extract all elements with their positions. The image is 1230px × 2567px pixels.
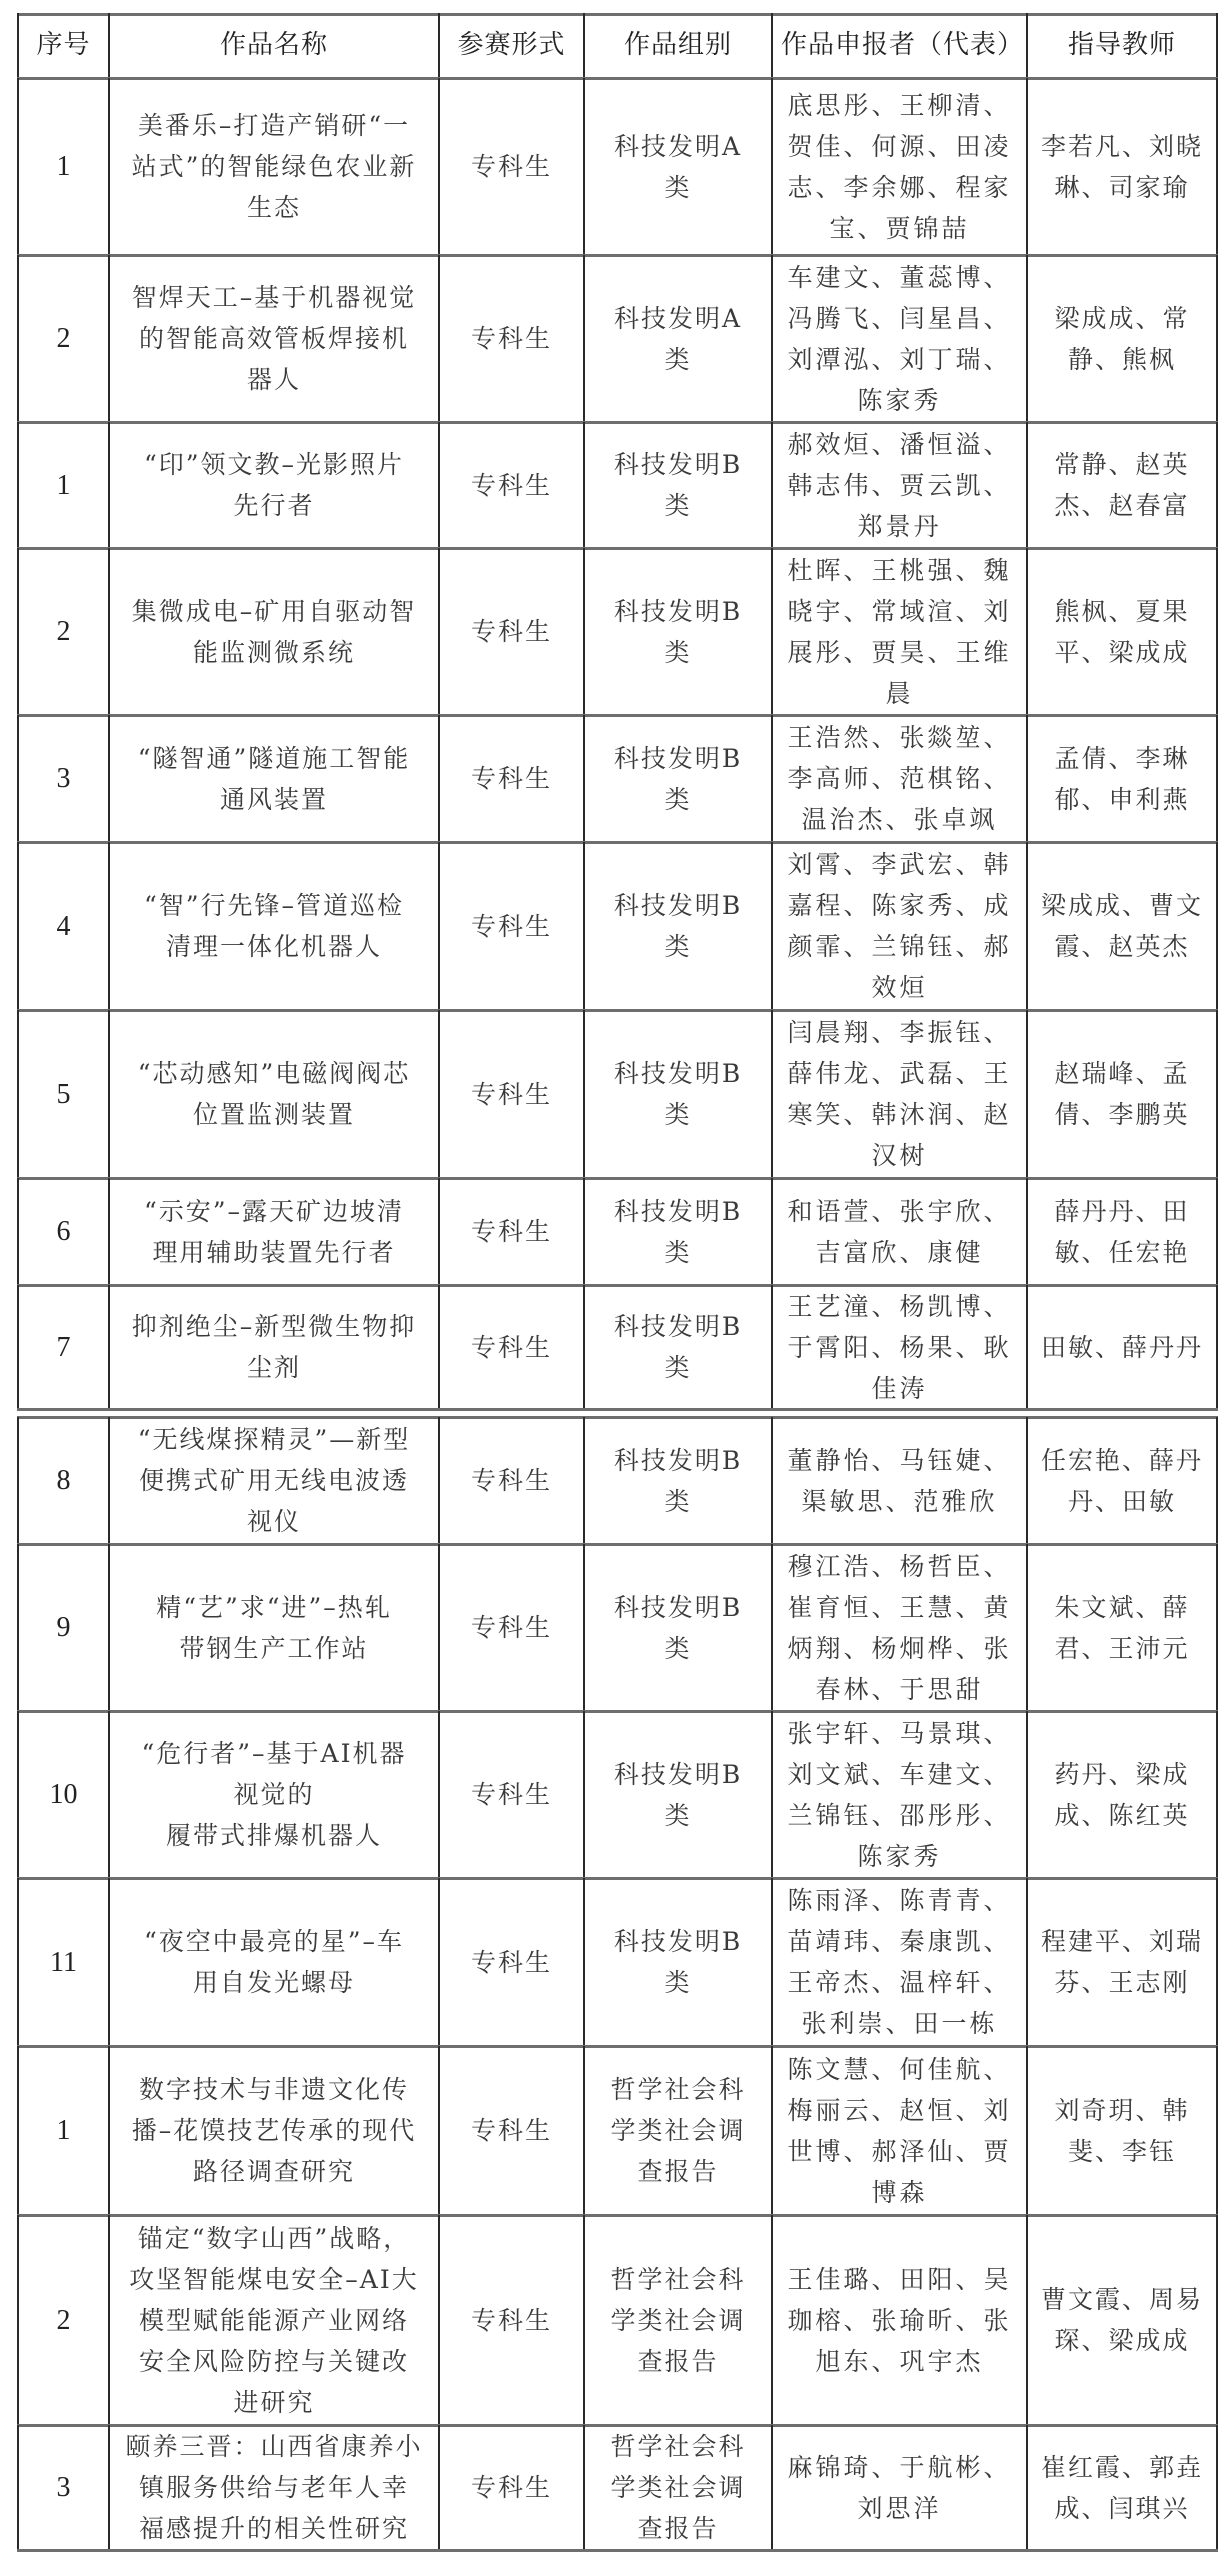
- work-group-cell: 科技发明B 类: [585, 1285, 773, 1409]
- row-index-text: 5: [49, 1074, 79, 1115]
- entry-form-cell: 专科生: [440, 1711, 585, 1878]
- row-index-cell: 2: [17, 548, 110, 715]
- advisors-cell: 李若凡、刘晓 琳、司家瑜: [1028, 78, 1218, 255]
- row-index-cell: 7: [17, 1285, 110, 1409]
- work-title-cell: “无线煤探精灵”—新型 便携式矿用无线电波透 视仪: [110, 1417, 440, 1544]
- header-applicants: 作品申报者（代表）: [773, 13, 1028, 78]
- entry-form-text: 专科生: [463, 2300, 560, 2341]
- work-group-cell: 科技发明B 类: [585, 1711, 773, 1878]
- row-index-text: 6: [49, 1211, 79, 1252]
- row-index-cell: 9: [17, 1544, 110, 1711]
- header-applicants-label: 作品申报者（代表）: [773, 25, 1026, 66]
- work-title-text: 抑剂绝尘–新型微生物抑 尘剂: [124, 1306, 425, 1388]
- advisors-text: 朱文斌、薛 君、王沛元: [1046, 1587, 1197, 1669]
- applicants-cell: 王浩然、张燚堃、 李高师、范棋铭、 温治杰、张卓飒: [773, 715, 1028, 842]
- row-index-cell: 2: [17, 255, 110, 422]
- row-index-text: 1: [49, 2110, 79, 2151]
- work-title-cell: 精“艺”求“进”–热轧 带钢生产工作站: [110, 1544, 440, 1711]
- applicants-text: 张宇轩、马景琪、 刘文斌、车建文、 兰锦钰、邵彤彤、 陈家秀: [779, 1713, 1019, 1877]
- applicants-text: 穆江浩、杨哲臣、 崔育恒、王慧、黄 炳翔、杨炯桦、张 春林、于思甜: [779, 1546, 1019, 1710]
- applicants-cell: 刘霄、李武宏、韩 嘉程、陈家秀、成 颜霏、兰锦钰、郝 效烜: [773, 842, 1028, 1010]
- row-index-cell: 8: [17, 1417, 110, 1544]
- work-group-cell: 科技发明B 类: [585, 548, 773, 715]
- entry-form-cell: 专科生: [440, 2215, 585, 2425]
- advisors-cell: 田敏、薛丹丹: [1028, 1285, 1218, 1409]
- row-index-text: 9: [49, 1607, 79, 1648]
- work-group-cell: 科技发明B 类: [585, 422, 773, 548]
- applicants-text: 车建文、董蕊博、 冯腾飞、闫星昌、 刘潭泓、刘丁瑞、 陈家秀: [779, 257, 1019, 421]
- work-group-text: 科技发明A 类: [606, 126, 750, 208]
- work-group-text: 科技发明A 类: [606, 298, 750, 380]
- advisors-text: 薛丹丹、田 敏、任宏艳: [1046, 1191, 1197, 1273]
- work-group-cell: 科技发明B 类: [585, 1878, 773, 2046]
- entry-form-cell: 专科生: [440, 842, 585, 1010]
- work-title-cell: 集微成电–矿用自驱动智 能监测微系统: [110, 548, 440, 715]
- work-group-cell: 哲学社会科 学类社会调 查报告: [585, 2215, 773, 2425]
- applicants-text: 杜晖、王桃强、魏 晓宇、常域渲、刘 展彤、贾昊、王维 晨: [779, 550, 1019, 714]
- advisors-cell: 梁成成、曹文 霞、赵英杰: [1028, 842, 1218, 1010]
- work-title-cell: 数字技术与非遗文化传 播–花馍技艺传承的现代 路径调查研究: [110, 2046, 440, 2215]
- entry-form-text: 专科生: [463, 611, 560, 652]
- work-group-text: 科技发明B 类: [606, 1754, 750, 1836]
- applicants-text: 陈文慧、何佳航、 梅丽云、赵恒、刘 世博、郝泽仙、贾 博森: [779, 2049, 1019, 2213]
- table-row: 1“印”领文教–光影照片 先行者专科生科技发明B 类郝效烜、潘恒溢、 韩志伟、贾…: [17, 422, 1218, 548]
- entry-form-text: 专科生: [463, 1074, 560, 1115]
- table-row: 4“智”行先锋–管道巡检 清理一体化机器人专科生科技发明B 类刘霄、李武宏、韩 …: [17, 842, 1218, 1010]
- work-title-cell: “印”领文教–光影照片 先行者: [110, 422, 440, 548]
- work-title-text: “示安”–露天矿边坡清 理用辅助装置先行者: [136, 1191, 412, 1273]
- entry-form-cell: 专科生: [440, 548, 585, 715]
- work-group-cell: 科技发明B 类: [585, 1010, 773, 1178]
- entry-form-cell: 专科生: [440, 2425, 585, 2550]
- entry-form-cell: 专科生: [440, 715, 585, 842]
- table-row: 9精“艺”求“进”–热轧 带钢生产工作站专科生科技发明B 类穆江浩、杨哲臣、 崔…: [17, 1544, 1218, 1711]
- applicants-cell: 闫晨翔、李振钰、 薛伟龙、武磊、王 寒笑、韩沐润、赵 汉树: [773, 1010, 1028, 1178]
- work-title-text: “隧智通”隧道施工智能 通风装置: [130, 738, 419, 820]
- table-row: 3“隧智通”隧道施工智能 通风装置专科生科技发明B 类王浩然、张燚堃、 李高师、…: [17, 715, 1218, 842]
- advisors-cell: 薛丹丹、田 敏、任宏艳: [1028, 1178, 1218, 1285]
- advisors-text: 李若凡、刘晓 琳、司家瑜: [1033, 126, 1211, 208]
- row-index-text: 7: [49, 1327, 79, 1368]
- header-advisors: 指导教师: [1028, 13, 1218, 78]
- table-row: 3颐养三晋：山西省康养小 镇服务供给与老年人幸 福感提升的相关性研究专科生哲学社…: [17, 2425, 1218, 2550]
- entry-form-text: 专科生: [463, 465, 560, 506]
- applicants-text: 董静怡、马钰婕、 渠敏思、范雅欣: [779, 1440, 1019, 1522]
- header-group-label: 作品组别: [616, 25, 740, 66]
- work-group-text: 哲学社会科 学类社会调 查报告: [602, 2426, 753, 2549]
- advisors-text: 赵瑞峰、孟 倩、李鹏英: [1046, 1053, 1197, 1135]
- advisors-cell: 赵瑞峰、孟 倩、李鹏英: [1028, 1010, 1218, 1178]
- entry-form-cell: 专科生: [440, 1544, 585, 1711]
- work-title-cell: “危行者”–基于AI机器 视觉的 履带式排爆机器人: [110, 1711, 440, 1878]
- row-index-cell: 6: [17, 1178, 110, 1285]
- work-group-cell: 哲学社会科 学类社会调 查报告: [585, 2425, 773, 2550]
- advisors-text: 药丹、梁成 成、陈红英: [1046, 1754, 1197, 1836]
- applicants-text: 王佳璐、田阳、吴 珈榕、张瑜昕、张 旭东、巩宇杰: [779, 2259, 1019, 2382]
- entry-form-cell: 专科生: [440, 1010, 585, 1178]
- advisors-cell: 朱文斌、薛 君、王沛元: [1028, 1544, 1218, 1711]
- advisors-cell: 崔红霞、郭垚 成、闫琪兴: [1028, 2425, 1218, 2550]
- work-title-text: “夜空中最亮的星”–车 用自发光螺母: [136, 1921, 412, 2003]
- work-title-text: 数字技术与非遗文化传 播–花馍技艺传承的现代 路径调查研究: [124, 2069, 425, 2192]
- advisors-cell: 任宏艳、薛丹 丹、田敏: [1028, 1417, 1218, 1544]
- header-index-label: 序号: [28, 25, 98, 66]
- row-index-text: 1: [49, 146, 79, 187]
- row-index-cell: 1: [17, 422, 110, 548]
- work-group-text: 哲学社会科 学类社会调 查报告: [602, 2259, 753, 2382]
- work-title-text: “印”领文教–光影照片 先行者: [136, 444, 412, 526]
- work-title-cell: “示安”–露天矿边坡清 理用辅助装置先行者: [110, 1178, 440, 1285]
- advisors-text: 孟倩、李琳 郁、申利燕: [1046, 738, 1197, 820]
- advisors-cell: 孟倩、李琳 郁、申利燕: [1028, 715, 1218, 842]
- advisors-text: 曹文霞、周易 琛、梁成成: [1033, 2279, 1211, 2361]
- work-title-cell: “夜空中最亮的星”–车 用自发光螺母: [110, 1878, 440, 2046]
- work-title-cell: “隧智通”隧道施工智能 通风装置: [110, 715, 440, 842]
- entry-form-cell: 专科生: [440, 1878, 585, 2046]
- applicants-cell: 和语萱、张宇欣、 吉富欣、康健: [773, 1178, 1028, 1285]
- row-index-text: 2: [49, 2300, 79, 2341]
- work-title-cell: 美番乐–打造产销研“一 站式”的智能绿色农业新 生态: [110, 78, 440, 255]
- work-title-text: “芯动感知”电磁阀阀芯 位置监测装置: [130, 1053, 419, 1135]
- header-form-label: 参赛形式: [449, 25, 573, 66]
- row-index-cell: 3: [17, 2425, 110, 2550]
- entry-form-text: 专科生: [463, 1607, 560, 1648]
- entry-form-cell: 专科生: [440, 422, 585, 548]
- row-index-cell: 2: [17, 2215, 110, 2425]
- row-index-text: 8: [49, 1460, 79, 1501]
- table-row: 2集微成电–矿用自驱动智 能监测微系统专科生科技发明B 类杜晖、王桃强、魏 晓宇…: [17, 548, 1218, 715]
- work-group-text: 科技发明B 类: [606, 885, 750, 967]
- table-row: 7抑剂绝尘–新型微生物抑 尘剂专科生科技发明B 类王艺潼、杨凯博、 于霄阳、杨果…: [17, 1285, 1218, 1409]
- row-index-cell: 1: [17, 78, 110, 255]
- entry-form-text: 专科生: [463, 758, 560, 799]
- work-group-cell: 哲学社会科 学类社会调 查报告: [585, 2046, 773, 2215]
- header-form: 参赛形式: [440, 13, 585, 78]
- work-title-text: 智焊天工–基于机器视觉 的智能高效管板焊接机 器人: [124, 277, 425, 400]
- entry-form-text: 专科生: [463, 2110, 560, 2151]
- table-row: 11“夜空中最亮的星”–车 用自发光螺母专科生科技发明B 类陈雨泽、陈青青、 苗…: [17, 1878, 1218, 2046]
- entry-form-cell: 专科生: [440, 1178, 585, 1285]
- applicants-cell: 张宇轩、马景琪、 刘文斌、车建文、 兰锦钰、邵彤彤、 陈家秀: [773, 1711, 1028, 1878]
- row-index-text: 4: [49, 906, 79, 947]
- row-index-text: 1: [49, 465, 79, 506]
- work-group-cell: 科技发明B 类: [585, 1544, 773, 1711]
- entry-form-cell: 专科生: [440, 1417, 585, 1544]
- work-group-cell: 科技发明A 类: [585, 78, 773, 255]
- header-title-label: 作品名称: [212, 25, 336, 66]
- table-row: 2智焊天工–基于机器视觉 的智能高效管板焊接机 器人专科生科技发明A 类车建文、…: [17, 255, 1218, 422]
- row-divider: [17, 1408, 1218, 1411]
- row-index-text: 10: [42, 1774, 86, 1815]
- entry-form-text: 专科生: [463, 1774, 560, 1815]
- advisors-text: 熊枫、夏果 平、梁成成: [1046, 591, 1197, 673]
- applicants-text: 底思彤、王柳清、 贺佳、何源、田凌 志、李余娜、程家 宝、贾锦喆: [779, 85, 1019, 249]
- row-index-cell: 4: [17, 842, 110, 1010]
- applicants-cell: 王艺潼、杨凯博、 于霄阳、杨果、耿 佳涛: [773, 1285, 1028, 1409]
- work-group-cell: 科技发明A 类: [585, 255, 773, 422]
- entry-form-text: 专科生: [463, 1942, 560, 1983]
- applicants-text: 闫晨翔、李振钰、 薛伟龙、武磊、王 寒笑、韩沐润、赵 汉树: [779, 1012, 1019, 1176]
- work-group-cell: 科技发明B 类: [585, 842, 773, 1010]
- work-title-text: 美番乐–打造产销研“一 站式”的智能绿色农业新 生态: [124, 105, 425, 228]
- work-title-cell: 智焊天工–基于机器视觉 的智能高效管板焊接机 器人: [110, 255, 440, 422]
- header-title: 作品名称: [110, 13, 440, 78]
- work-title-text: “无线煤探精灵”—新型 便携式矿用无线电波透 视仪: [130, 1419, 419, 1542]
- row-index-text: 3: [49, 758, 79, 799]
- row-index-text: 3: [49, 2467, 79, 2508]
- work-title-cell: “智”行先锋–管道巡检 清理一体化机器人: [110, 842, 440, 1010]
- applicants-cell: 穆江浩、杨哲臣、 崔育恒、王慧、黄 炳翔、杨炯桦、张 春林、于思甜: [773, 1544, 1028, 1711]
- entry-form-cell: 专科生: [440, 1285, 585, 1409]
- advisors-cell: 常静、赵英 杰、赵春富: [1028, 422, 1218, 548]
- advisors-cell: 熊枫、夏果 平、梁成成: [1028, 548, 1218, 715]
- applicants-cell: 董静怡、马钰婕、 渠敏思、范雅欣: [773, 1417, 1028, 1544]
- applicants-text: 麻锦琦、于航彬、 刘思洋: [779, 2447, 1019, 2529]
- table-header-row: 序号 作品名称 参赛形式 作品组别 作品申报者（代表） 指导教师: [17, 13, 1218, 78]
- advisors-cell: 曹文霞、周易 琛、梁成成: [1028, 2215, 1218, 2425]
- work-title-cell: “芯动感知”电磁阀阀芯 位置监测装置: [110, 1010, 440, 1178]
- applicants-text: 王浩然、张燚堃、 李高师、范棋铭、 温治杰、张卓飒: [779, 717, 1019, 840]
- advisors-cell: 药丹、梁成 成、陈红英: [1028, 1711, 1218, 1878]
- applicants-text: 和语萱、张宇欣、 吉富欣、康健: [779, 1191, 1019, 1273]
- work-title-text: 锚定“数字山西”战略， 攻坚智能煤电安全–AI大 模型赋能能源产业网络 安全风险…: [121, 2218, 426, 2423]
- table-row: 1美番乐–打造产销研“一 站式”的智能绿色农业新 生态专科生科技发明A 类底思彤…: [17, 78, 1218, 255]
- applicants-cell: 车建文、董蕊博、 冯腾飞、闫星昌、 刘潭泓、刘丁瑞、 陈家秀: [773, 255, 1028, 422]
- table-row: 10“危行者”–基于AI机器 视觉的 履带式排爆机器人专科生科技发明B 类张宇轩…: [17, 1711, 1218, 1878]
- entry-form-cell: 专科生: [440, 255, 585, 422]
- entry-form-text: 专科生: [463, 1460, 560, 1501]
- entry-form-text: 专科生: [463, 1327, 560, 1368]
- header-advisors-label: 指导教师: [1060, 25, 1184, 66]
- row-index-cell: 5: [17, 1010, 110, 1178]
- applicants-text: 郝效烜、潘恒溢、 韩志伟、贾云凯、 郑景丹: [779, 424, 1019, 547]
- entry-form-text: 专科生: [463, 906, 560, 947]
- entry-form-text: 专科生: [463, 2467, 560, 2508]
- applicants-cell: 陈雨泽、陈青青、 苗靖玮、秦康凯、 王帝杰、温梓轩、 张利崇、田一栋: [773, 1878, 1028, 2046]
- row-index-text: 2: [49, 611, 79, 652]
- entry-form-text: 专科生: [463, 318, 560, 359]
- header-index: 序号: [17, 13, 110, 78]
- table-row: 8“无线煤探精灵”—新型 便携式矿用无线电波透 视仪专科生科技发明B 类董静怡、…: [17, 1417, 1218, 1544]
- entry-form-text: 专科生: [463, 146, 560, 187]
- applicants-cell: 麻锦琦、于航彬、 刘思洋: [773, 2425, 1028, 2550]
- advisors-text: 崔红霞、郭垚 成、闫琪兴: [1033, 2447, 1211, 2529]
- work-group-text: 科技发明B 类: [606, 738, 750, 820]
- applicants-text: 王艺潼、杨凯博、 于霄阳、杨果、耿 佳涛: [779, 1286, 1019, 1409]
- applicants-text: 陈雨泽、陈青青、 苗靖玮、秦康凯、 王帝杰、温梓轩、 张利崇、田一栋: [779, 1880, 1019, 2044]
- work-title-cell: 颐养三晋：山西省康养小 镇服务供给与老年人幸 福感提升的相关性研究: [110, 2425, 440, 2550]
- applicants-cell: 王佳璐、田阳、吴 珈榕、张瑜昕、张 旭东、巩宇杰: [773, 2215, 1028, 2425]
- advisors-text: 任宏艳、薛丹 丹、田敏: [1033, 1440, 1211, 1522]
- entry-form-text: 专科生: [463, 1211, 560, 1252]
- table-row: 5“芯动感知”电磁阀阀芯 位置监测装置专科生科技发明B 类闫晨翔、李振钰、 薛伟…: [17, 1010, 1218, 1178]
- work-group-cell: 科技发明B 类: [585, 715, 773, 842]
- applicants-cell: 底思彤、王柳清、 贺佳、何源、田凌 志、李余娜、程家 宝、贾锦喆: [773, 78, 1028, 255]
- advisors-text: 常静、赵英 杰、赵春富: [1046, 444, 1197, 526]
- work-title-text: 集微成电–矿用自驱动智 能监测微系统: [124, 591, 425, 673]
- applicants-cell: 杜晖、王桃强、魏 晓宇、常域渲、刘 展彤、贾昊、王维 晨: [773, 548, 1028, 715]
- table-row: 2锚定“数字山西”战略， 攻坚智能煤电安全–AI大 模型赋能能源产业网络 安全风…: [17, 2215, 1218, 2425]
- row-index-cell: 1: [17, 2046, 110, 2215]
- table-row: 6“示安”–露天矿边坡清 理用辅助装置先行者专科生科技发明B 类和语萱、张宇欣、…: [17, 1178, 1218, 1285]
- advisors-text: 刘奇玥、韩 斐、李钰: [1046, 2090, 1197, 2172]
- work-title-text: “危行者”–基于AI机器 视觉的 履带式排爆机器人: [134, 1733, 415, 1856]
- work-group-text: 科技发明B 类: [606, 1306, 750, 1388]
- advisors-text: 梁成成、常 静、熊枫: [1046, 298, 1197, 380]
- entry-form-cell: 专科生: [440, 2046, 585, 2215]
- row-index-cell: 3: [17, 715, 110, 842]
- work-title-text: 颐养三晋：山西省康养小 镇服务供给与老年人幸 福感提升的相关性研究: [117, 2426, 430, 2549]
- row-index-text: 2: [49, 318, 79, 359]
- entry-form-cell: 专科生: [440, 78, 585, 255]
- work-group-text: 科技发明B 类: [606, 1587, 750, 1669]
- row-index-text: 11: [42, 1942, 85, 1983]
- work-title-text: “智”行先锋–管道巡检 清理一体化机器人: [136, 885, 412, 967]
- advisors-cell: 程建平、刘瑞 芬、王志刚: [1028, 1878, 1218, 2046]
- advisors-text: 梁成成、曹文 霞、赵英杰: [1033, 885, 1211, 967]
- table-bottom-border: [17, 2549, 1218, 2552]
- work-group-text: 哲学社会科 学类社会调 查报告: [602, 2069, 753, 2192]
- applicants-text: 刘霄、李武宏、韩 嘉程、陈家秀、成 颜霏、兰锦钰、郝 效烜: [779, 844, 1019, 1008]
- row-index-cell: 11: [17, 1878, 110, 2046]
- advisors-text: 程建平、刘瑞 芬、王志刚: [1033, 1921, 1211, 2003]
- applicants-cell: 陈文慧、何佳航、 梅丽云、赵恒、刘 世博、郝泽仙、贾 博森: [773, 2046, 1028, 2215]
- work-group-cell: 科技发明B 类: [585, 1178, 773, 1285]
- work-group-text: 科技发明B 类: [606, 1921, 750, 2003]
- header-group: 作品组别: [585, 13, 773, 78]
- work-group-text: 科技发明B 类: [606, 1191, 750, 1273]
- advisors-text: 田敏、薛丹丹: [1033, 1327, 1211, 1368]
- work-title-text: 精“艺”求“进”–热轧 带钢生产工作站: [148, 1587, 400, 1669]
- work-title-cell: 锚定“数字山西”战略， 攻坚智能煤电安全–AI大 模型赋能能源产业网络 安全风险…: [110, 2215, 440, 2425]
- row-index-cell: 10: [17, 1711, 110, 1878]
- table-row: 1数字技术与非遗文化传 播–花馍技艺传承的现代 路径调查研究专科生哲学社会科 学…: [17, 2046, 1218, 2215]
- applicants-cell: 郝效烜、潘恒溢、 韩志伟、贾云凯、 郑景丹: [773, 422, 1028, 548]
- work-title-cell: 抑剂绝尘–新型微生物抑 尘剂: [110, 1285, 440, 1409]
- work-group-text: 科技发明B 类: [606, 1053, 750, 1135]
- work-group-cell: 科技发明B 类: [585, 1417, 773, 1544]
- advisors-cell: 刘奇玥、韩 斐、李钰: [1028, 2046, 1218, 2215]
- work-group-text: 科技发明B 类: [606, 1440, 750, 1522]
- work-group-text: 科技发明B 类: [606, 444, 750, 526]
- advisors-cell: 梁成成、常 静、熊枫: [1028, 255, 1218, 422]
- work-group-text: 科技发明B 类: [606, 591, 750, 673]
